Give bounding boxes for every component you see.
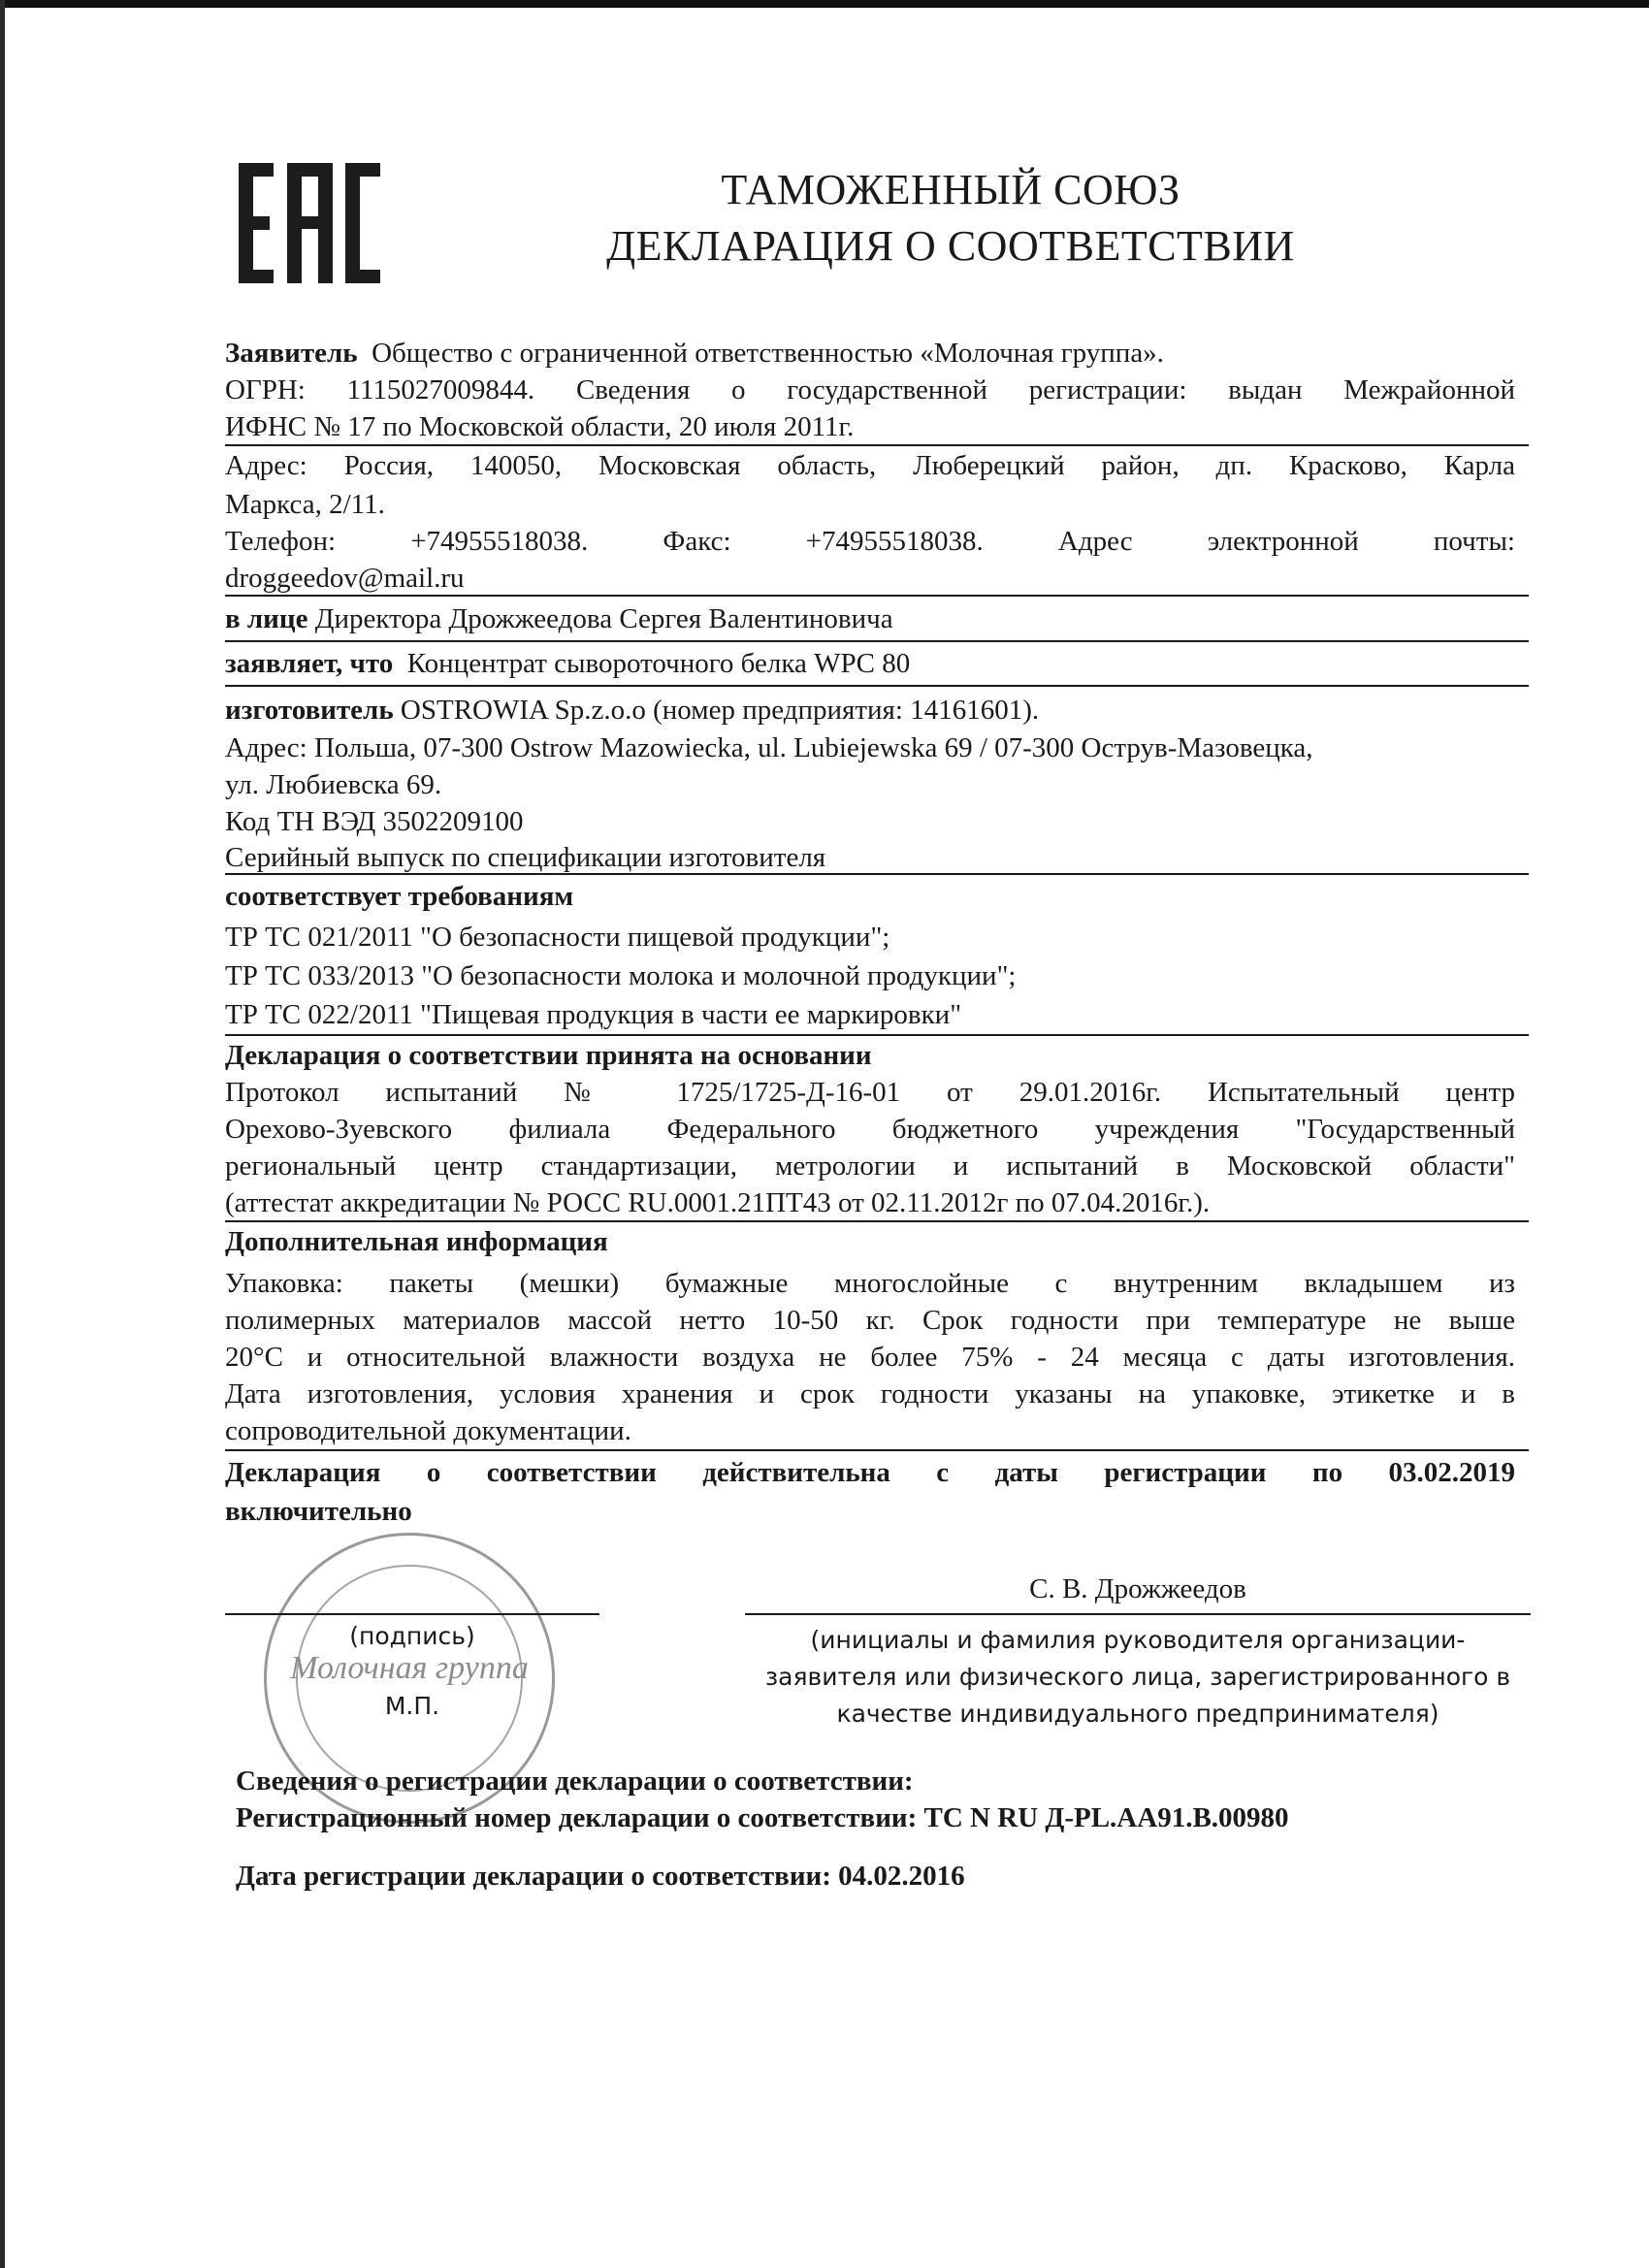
declares-label: заявляет, что	[225, 648, 393, 679]
signer-caption-3: качестве индивидуального предпринимателя…	[745, 1696, 1531, 1733]
divider	[225, 685, 1529, 687]
requirement-item: ТР ТС 022/2011 "Пищевая продукция в част…	[225, 997, 961, 1032]
signer-caption-1: (инициалы и фамилия руководителя организ…	[745, 1622, 1531, 1659]
representative-row: в лице Директора Дрожжеедова Сергея Вале…	[225, 601, 893, 636]
registration-date: Дата регистрации декларации о соответств…	[236, 1859, 965, 1894]
registration-number: Регистрационный номер декларации о соотв…	[236, 1800, 1289, 1835]
seal-caption: М.П.	[225, 1688, 599, 1725]
basis-line: (аттестат аккредитации № РОСС RU.0001.21…	[225, 1185, 1210, 1220]
manufacturer-name: OSTROWIA Sp.z.o.o (номер предприятия: 14…	[401, 695, 1039, 726]
manufacturer-label: изготовитель	[225, 695, 394, 726]
divider	[225, 1034, 1529, 1036]
applicant-registration-1: ОГРН: 1115027009844. Сведения о государс…	[225, 373, 1515, 407]
additional-line: сопроводительной документации.	[225, 1413, 631, 1448]
divider	[225, 640, 1529, 642]
requirement-item: ТР ТС 021/2011 "О безопасности пищевой п…	[225, 920, 889, 955]
applicant-email: droggeedov@mail.ru	[225, 561, 465, 596]
applicant-row: Заявитель Общество с ограниченной ответс…	[225, 336, 1164, 371]
divider	[225, 873, 1529, 875]
scan-border-top	[0, 0, 1649, 8]
divider	[225, 595, 1529, 597]
basis-line: Орехово-Зуевского филиала Федерального б…	[225, 1112, 1515, 1147]
representative-value: Директора Дрожжеедова Сергея Валентинови…	[315, 603, 893, 634]
additional-line: 20°С и относительной влажности воздуха н…	[225, 1340, 1515, 1375]
applicant-registration-2: ИФНС № 17 по Московской области, 20 июля…	[225, 409, 854, 444]
seal-company-name: Молочная группа	[267, 1650, 552, 1687]
production-type: Серийный выпуск по спецификации изготови…	[225, 840, 825, 875]
signer-line	[745, 1613, 1531, 1615]
manufacturer-address-2: ул. Любиевска 69.	[225, 767, 441, 802]
requirement-item: ТР ТС 033/2013 "О безопасности молока и …	[225, 958, 1016, 993]
representative-label: в лице	[225, 603, 307, 634]
document-title-union: ТАМОЖЕННЫЙ СОЮЗ	[543, 163, 1358, 217]
signature-line	[225, 1613, 599, 1615]
divider	[225, 1449, 1529, 1451]
validity-line-2: включительно	[225, 1494, 412, 1529]
signer-name: С. В. Дрожжеедов	[745, 1571, 1531, 1606]
additional-heading: Дополнительная информация	[225, 1224, 608, 1259]
document-title-declaration: ДЕКЛАРАЦИЯ О СООТВЕТСТВИИ	[543, 219, 1358, 274]
basis-heading: Декларация о соответствии принята на осн…	[225, 1038, 872, 1073]
additional-line: Упаковка: пакеты (мешки) бумажные многос…	[225, 1266, 1515, 1301]
applicant-name: Общество с ограниченной ответственностью…	[372, 338, 1164, 369]
basis-line: региональный центр стандартизации, метро…	[225, 1149, 1515, 1183]
applicant-address-2: Маркса, 2/11.	[225, 487, 385, 522]
manufacturer-row: изготовитель OSTROWIA Sp.z.o.o (номер пр…	[225, 693, 1039, 728]
additional-line: Дата изготовления, условия хранения и ср…	[225, 1377, 1515, 1411]
scan-border-left	[0, 0, 5, 2268]
declares-row: заявляет, что Концентрат сывороточного б…	[225, 646, 910, 681]
applicant-label: Заявитель	[225, 338, 358, 369]
registration-heading: Сведения о регистрации декларации о соот…	[236, 1764, 914, 1798]
validity-line: Декларация о соответствии действительна …	[225, 1455, 1515, 1490]
signer-caption-2: заявителя или физического лица, зарегист…	[745, 1659, 1531, 1696]
product-name: Концентрат сывороточного белка WPC 80	[407, 648, 911, 679]
divider	[225, 444, 1529, 446]
basis-line: Протокол испытаний № 1725/1725-Д-16-01 о…	[225, 1075, 1515, 1110]
applicant-contacts: Телефон: +74955518038. Факс: +7495551803…	[225, 524, 1515, 559]
manufacturer-address-1: Адрес: Польша, 07-300 Ostrow Mazowiecka,…	[225, 730, 1313, 765]
tn-ved-code: Код ТН ВЭД 3502209100	[225, 804, 524, 839]
requirements-heading: соответствует требованиям	[225, 879, 573, 914]
signature-caption: (подпись)	[225, 1618, 599, 1655]
additional-line: полимерных материалов массой нетто 10-50…	[225, 1303, 1515, 1338]
applicant-address-1: Адрес: Россия, 140050, Московская област…	[225, 448, 1515, 483]
divider	[225, 1220, 1529, 1222]
eac-logo-icon	[239, 163, 380, 283]
